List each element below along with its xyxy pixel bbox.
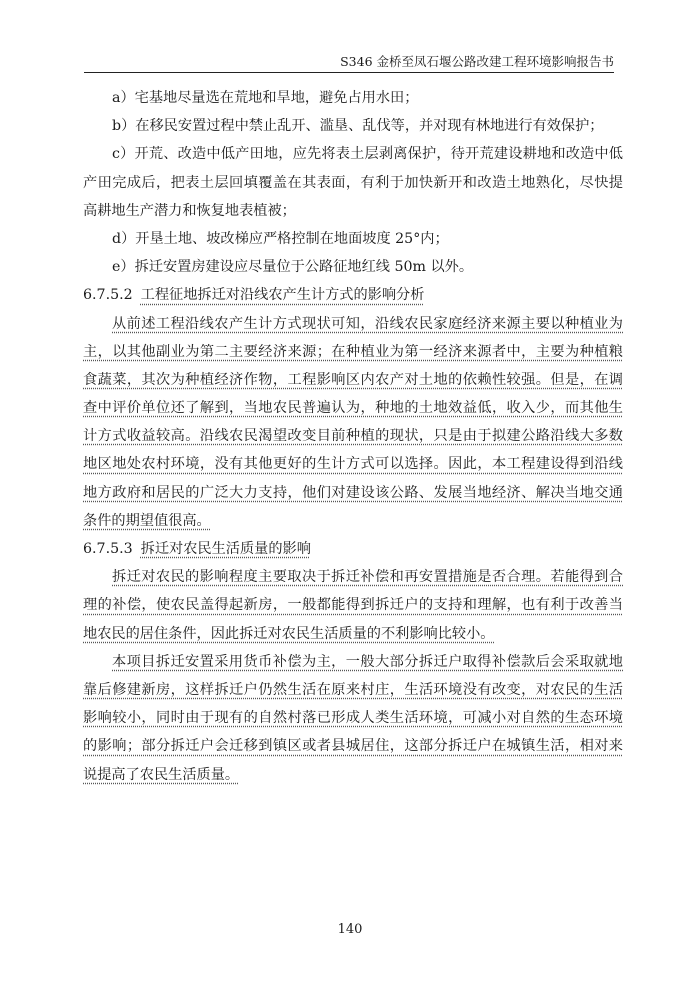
paragraph-line: 主，以其他副业为第二主要经济来源；在种植业为第一经济来源者中，主要为种植粮 (83, 338, 623, 366)
page-number: 140 (0, 922, 700, 937)
measure-c-line1: c）开荒、改造中低产田地，应先将表土层剥离保护，待开荒建设耕地和改造中低 (83, 140, 623, 168)
measure-c-line2: 产田完成后，把表土层回填覆盖在其表面，有利于加快新开和改造土地熟化，尽快提 (83, 169, 623, 197)
paragraph-line: 影响较小，同时由于现有的自然村落已形成人类生活环境，可减小对自然的生态环境 (83, 704, 623, 732)
section-title: 拆迁对农民生活质量的影响 (141, 541, 311, 557)
section-heading-6752: 6.7.5.2工程征地拆迁对沿线农产生计方式的影响分析 (83, 281, 623, 309)
paragraph-line: 的影响；部分拆迁户会迁移到镇区或者县城居住，这部分拆迁户在城镇生活，相对来 (83, 732, 623, 760)
paragraph-line: 查中评价单位还了解到，当地农民普遍认为，种地的土地效益低，收入少，而其他生 (83, 394, 623, 422)
paragraph-line: 条件的期望值很高。 (83, 507, 623, 535)
paragraph-line: 地区地处农村环境，没有其他更好的生计方式可以选择。因此，本工程建设得到沿线 (83, 450, 623, 478)
paragraph-line: 理的补偿，使农民盖得起新房，一般都能得到拆迁户的支持和理解，也有利于改善当 (83, 591, 623, 619)
paragraph-line: 地方政府和居民的广泛大力支持，他们对建设该公路、发展当地经济、解决当地交通 (83, 479, 623, 507)
report-title: S346 金桥至凤石堰公路改建工程环境影响报告书 (340, 54, 614, 69)
paragraph-line: 地农民的居住条件，因此拆迁对农民生活质量的不利影响比较小。 (83, 620, 623, 648)
paragraph-line: 食蔬菜，其次为种植经济作物，工程影响区内农产对土地的依赖性较强。但是，在调 (83, 366, 623, 394)
section-number: 6.7.5.2 (83, 281, 133, 309)
measure-a: a）宅基地尽量选在荒地和旱地，避免占用水田； (83, 84, 623, 112)
paragraph-line: 说提高了农民生活质量。 (83, 761, 623, 789)
paragraph-line: 本项目拆迁安置采用货币补偿为主，一般大部分拆迁户取得补偿款后会采取就地 (83, 648, 623, 676)
measure-d: d）开垦土地、坡改梯应严格控制在地面坡度 25°内； (83, 225, 623, 253)
paragraph-line: 拆迁对农民的影响程度主要取决于拆迁补偿和再安置措施是否合理。若能得到合 (83, 563, 623, 591)
paragraph-line: 从前述工程沿线农产生计方式现状可知，沿线农民家庭经济来源主要以种植业为 (83, 310, 623, 338)
measure-c-line3: 高耕地生产潜力和恢复地表植被； (83, 197, 623, 225)
section-number: 6.7.5.3 (83, 535, 133, 563)
section-title: 工程征地拆迁对沿线农产生计方式的影响分析 (141, 287, 425, 303)
measure-e: e）拆迁安置房建设应尽量位于公路征地红线 50m 以外。 (83, 253, 623, 281)
measure-b: b）在移民安置过程中禁止乱开、滥垦、乱伐等，并对现有林地进行有效保护； (83, 112, 623, 140)
document-body: a）宅基地尽量选在荒地和旱地，避免占用水田； b）在移民安置过程中禁止乱开、滥垦… (83, 84, 623, 789)
page-header: S346 金桥至凤石堰公路改建工程环境影响报告书 (84, 52, 614, 73)
paragraph-line: 靠后修建新房，这样拆迁户仍然生活在原来村庄，生活环境没有改变，对农民的生活 (83, 676, 623, 704)
section-heading-6753: 6.7.5.3拆迁对农民生活质量的影响 (83, 535, 623, 563)
paragraph-line: 计方式收益较高。沿线农民渴望改变目前种植的现状，只是由于拟建公路沿线大多数 (83, 422, 623, 450)
